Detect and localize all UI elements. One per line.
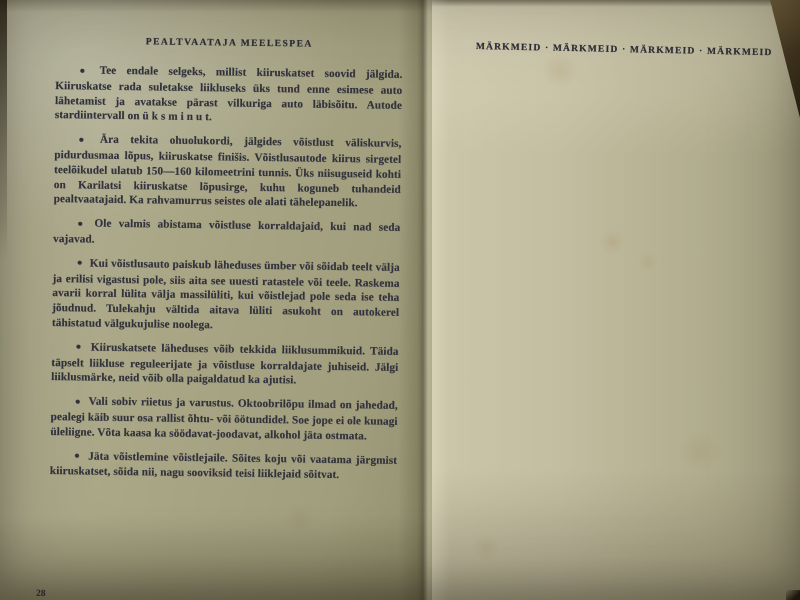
bullet-icon: ● <box>75 397 82 407</box>
memo-paragraph-text: Tee endale selgeks, millist kiiruskatset… <box>55 65 403 124</box>
memo-title: PEALTVAATAJA MEELESPEA <box>56 36 403 51</box>
memo-paragraph: ●Vali sobiv riietus ja varustus. Oktoobr… <box>50 394 398 444</box>
memo-paragraph: ●Kiiruskatsete läheduses võib tekkida li… <box>51 340 399 390</box>
bullet-icon: ● <box>77 219 87 229</box>
memo-paragraph: ●Kui võistlusauto paiskub läheduses ümbe… <box>52 256 400 336</box>
book-photo: PEALTVAATAJA MEELESPEA ●Tee endale selge… <box>0 0 800 600</box>
bullet-icon: ● <box>77 259 83 269</box>
memo-paragraph: ●Jäta võistlemine võistlejaile. Sõites k… <box>50 448 397 483</box>
memo-paragraph-text: Vali sobiv riietus ja varustus. Oktoobri… <box>50 396 398 442</box>
right-book-page <box>432 0 800 600</box>
memo-paragraph-text: Kui võistlusauto paiskub läheduses ümber… <box>52 257 400 331</box>
memo-paragraph-text: Ole valmis abistama võistluse korraldaja… <box>53 218 400 246</box>
memo-paragraph: ●Tee endale selgeks, millist kiiruskatse… <box>55 63 403 128</box>
memo-paragraph-text: Jäta võistlemine võistlejaile. Sõites ko… <box>50 450 397 481</box>
bullet-icon: ● <box>78 135 93 145</box>
bullet-icon: ● <box>75 343 83 353</box>
memo-paragraph-text: Ära tekita ohuolukordi, jälgides võistlu… <box>54 134 402 210</box>
memo-paragraph: ●Ole valmis abistama võistluse korraldaj… <box>53 216 400 251</box>
page-number: 28 <box>36 589 46 599</box>
bullet-icon: ● <box>79 66 92 76</box>
memo-content: PEALTVAATAJA MEELESPEA ●Tee endale selge… <box>50 30 403 484</box>
left-book-page: PEALTVAATAJA MEELESPEA ●Tee endale selge… <box>0 0 432 600</box>
memo-paragraph: ●Ära tekita ohuolukordi, jälgides võistl… <box>54 132 402 212</box>
memo-paragraph-text: Kiiruskatsete läheduses võib tekkida lii… <box>51 341 399 386</box>
bullet-icon: ● <box>74 451 81 461</box>
